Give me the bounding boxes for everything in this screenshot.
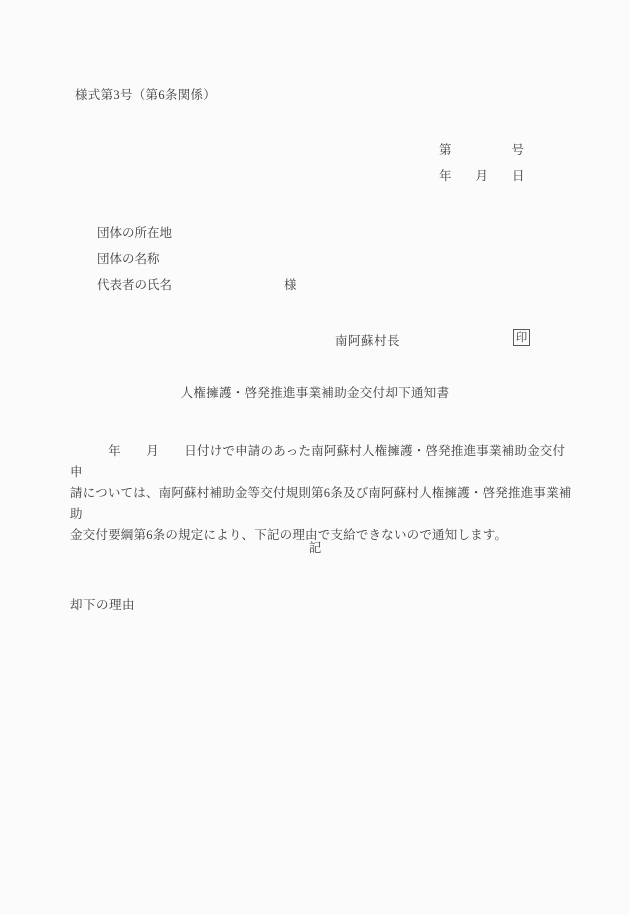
- doc-number-prefix: 第: [439, 140, 452, 158]
- rejection-reason-label: 却下の理由: [70, 595, 135, 613]
- body-line: 請については、南阿蘇村補助金等交付規則第6条及び南阿蘇村人権擁護・啓発推進事業補…: [70, 483, 572, 525]
- date-day-label: 日: [512, 166, 525, 184]
- sender-title: 南阿蘇村長: [335, 331, 400, 349]
- date-line: 年 月 日: [439, 166, 525, 184]
- recipient-representative-label: 代表者の氏名: [97, 278, 172, 292]
- body-paragraph: 年 月 日付けで申請のあった南阿蘇村人権擁護・啓発推進事業補助金交付申 請につい…: [70, 441, 572, 546]
- recipient-org-name-label: 団体の名称: [97, 249, 160, 267]
- body-line: 年 月 日付けで申請のあった南阿蘇村人権擁護・啓発推進事業補助金交付申: [70, 441, 572, 483]
- document-page: 様式第3号（第6条関係） 第 号 年 月 日 団体の所在地 団体の名称 代表者の…: [0, 0, 630, 915]
- doc-number-line: 第 号: [439, 140, 524, 158]
- document-title: 人権擁護・啓発推進事業補助金交付却下通知書: [0, 383, 630, 401]
- date-month-label: 月: [476, 166, 489, 184]
- doc-number-suffix: 号: [512, 140, 525, 158]
- recipient-address-label: 団体の所在地: [97, 223, 172, 241]
- recipient-honorific: 様: [284, 275, 297, 293]
- recipient-representative-line: 代表者の氏名 様: [97, 275, 397, 293]
- seal-box: 印: [513, 329, 530, 346]
- form-number: 様式第3号（第6条関係）: [75, 85, 216, 103]
- seal-mark: 印: [516, 332, 528, 344]
- ki-marker: 記: [0, 538, 630, 556]
- date-year-label: 年: [439, 166, 452, 184]
